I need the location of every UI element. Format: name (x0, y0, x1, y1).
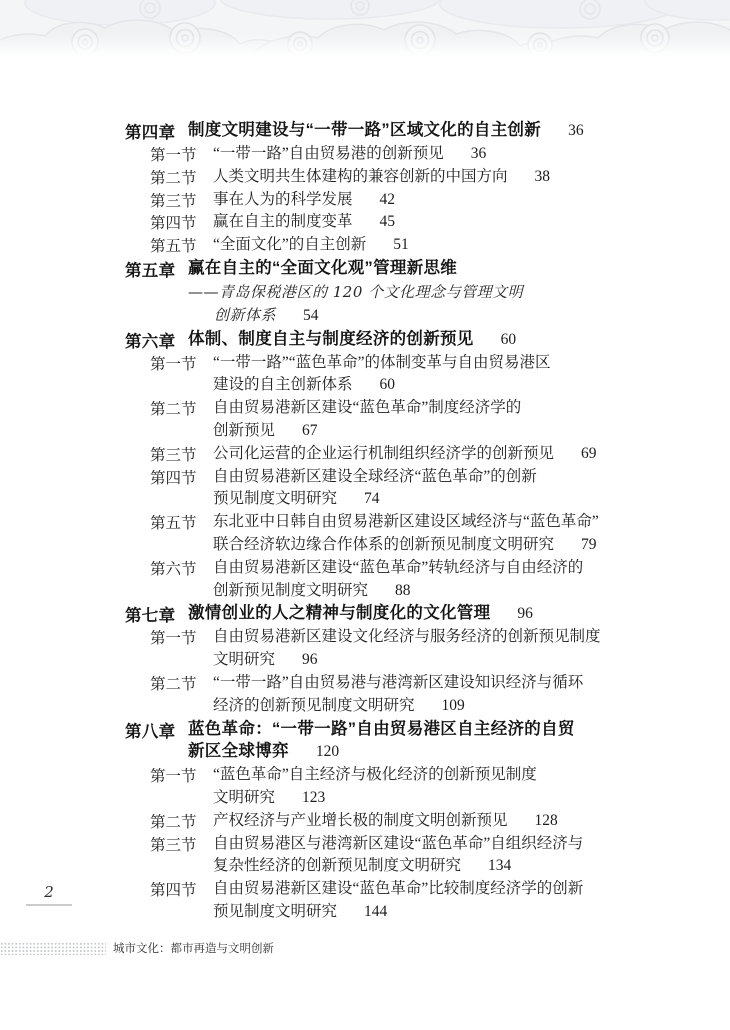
toc-entry-line: 人类文明共生体建构的兼容创新的中国方向38 (213, 166, 550, 189)
toc-entry-line: 自由贸易港新区建设“蓝色革命”转轨经济与自由经济的 (213, 557, 583, 580)
toc-entry-label: 第五节 (150, 234, 213, 256)
toc-entry-label: 第七章 (125, 602, 188, 626)
toc-subtitle-row: ——青岛保税港区的 120 个文化理念与管理文明创新体系54 (0, 281, 730, 328)
toc-entry-page-number: 123 (302, 789, 325, 806)
toc-entry-label: 第四节 (150, 466, 213, 488)
toc-entry-page-number: 36 (568, 122, 584, 139)
toc-entry-line: 制度文明建设与“一带一路”区域文化的自主创新36 (188, 119, 584, 143)
toc-entry-line: 自由贸易港新区建设全球经济“蓝色革命”的创新 (213, 466, 537, 489)
toc-entry-page-number: 67 (302, 422, 318, 439)
toc-entry-label: 第二节 (150, 397, 213, 419)
toc-entry-label: 第四节 (150, 211, 213, 233)
toc-entry-line: 复杂性经济的创新预见制度文明研究134 (213, 855, 583, 878)
toc-entry-title: 激情创业的人之精神与制度化的文化管理96 (188, 602, 533, 626)
toc-entry-title: 赢在自主的制度变革45 (213, 211, 395, 234)
toc-entry-page-number: 96 (517, 605, 533, 622)
toc-section-row: 第五节东北亚中日韩自由贸易港新区建设区域经济与“蓝色革命”联合经济软边缘合作体系… (0, 511, 730, 557)
toc-entry-label: 第二节 (150, 810, 213, 832)
toc-section-row: 第一节“一带一路”自由贸易港的创新预见36 (0, 143, 730, 166)
toc-entry-title: “一带一路”自由贸易港与港湾新区建设知识经济与循环经济的创新预见制度文明研究10… (213, 672, 583, 718)
toc-section-row: 第四节自由贸易港新区建设全球经济“蓝色革命”的创新预见制度文明研究74 (0, 466, 730, 512)
toc-section-row: 第三节自由贸易港区与港湾新区建设“蓝色革命”自组织经济与复杂性经济的创新预见制度… (0, 833, 730, 879)
toc-entry-label: 第二节 (150, 166, 213, 188)
toc-entry-line: 创新体系54 (188, 304, 523, 328)
toc-section-row: 第六节自由贸易港新区建设“蓝色革命”转轨经济与自由经济的创新预见制度文明研究88 (0, 557, 730, 603)
cloud-fade-overlay (0, 34, 730, 58)
toc-entry-line: 赢在自主的制度变革45 (213, 211, 395, 234)
toc-chapter-row: 第八章蓝色革命：“一带一路”自由贸易港区自主经济的自贸新区全球博弈120 (0, 718, 730, 765)
toc-entry-line: 自由贸易港新区建设文化经济与服务经济的创新预见制度 (213, 626, 601, 649)
toc-entry-line: 预见制度文明研究74 (213, 488, 537, 511)
toc-entry-line: 创新预见制度文明研究88 (213, 580, 583, 603)
toc-entry-title: 自由贸易港区与港湾新区建设“蓝色革命”自组织经济与复杂性经济的创新预见制度文明研… (213, 833, 583, 879)
toc-entry-title: 公司化运营的企业运行机制组织经济学的创新预见69 (213, 443, 597, 466)
folio-number-text: 2 (44, 883, 54, 901)
toc-entry-title: 自由贸易港新区建设“蓝色革命”比较制度经济学的创新预见制度文明研究144 (213, 878, 583, 924)
toc-entry-line: 激情创业的人之精神与制度化的文化管理96 (188, 602, 533, 626)
toc-section-row: 第一节“一带一路”“蓝色革命”的体制变革与自由贸易港区建设的自主创新体系60 (0, 352, 730, 398)
toc-section-row: 第二节产权经济与产业增长极的制度文明创新预见128 (0, 810, 730, 833)
toc-chapter-row: 第五章赢在自主的“全面文化观”管理新思维 (0, 257, 730, 281)
toc-section-row: 第二节“一带一路”自由贸易港与港湾新区建设知识经济与循环经济的创新预见制度文明研… (0, 672, 730, 718)
toc-entry-page-number: 54 (303, 307, 319, 324)
toc-entry-title: 赢在自主的“全面文化观”管理新思维 (188, 257, 457, 280)
toc-entry-page-number: 38 (535, 168, 551, 185)
toc-entry-label: 第四节 (150, 878, 213, 900)
footer-halftone-bar (0, 942, 106, 955)
toc-entry-line: “蓝色革命”自主经济与极化经济的创新预见制度 (213, 764, 537, 787)
toc-entry-line: “全面文化”的自主创新51 (213, 234, 409, 257)
toc-entry-line: 事在人为的科学发展42 (213, 189, 395, 212)
page-footer: 城市文化：都市再造与文明创新 (0, 940, 730, 956)
toc-entry-line: 建设的自主创新体系60 (213, 374, 551, 397)
toc-entry-line: 体制、制度自主与制度经济的创新预见60 (188, 328, 516, 352)
toc-entry-page-number: 109 (442, 697, 465, 714)
toc-entry-title: 东北亚中日韩自由贸易港新区建设区域经济与“蓝色革命”联合经济软边缘合作体系的创新… (213, 511, 599, 557)
toc-entry-line: 经济的创新预见制度文明研究109 (213, 695, 583, 718)
toc-entry-page-number: 96 (302, 651, 318, 668)
toc-entry-title: 蓝色革命：“一带一路”自由贸易港区自主经济的自贸新区全球博弈120 (188, 718, 575, 765)
toc-entry-line: “一带一路”“蓝色革命”的体制变革与自由贸易港区 (213, 352, 551, 375)
toc-entry-label: 第一节 (150, 143, 213, 165)
toc-entry-line: 文明研究123 (213, 787, 537, 810)
toc-entry-title: 自由贸易港新区建设文化经济与服务经济的创新预见制度文明研究96 (213, 626, 601, 672)
toc-entry-title: “蓝色革命”自主经济与极化经济的创新预见制度文明研究123 (213, 764, 537, 810)
toc-entry-label: 第五章 (125, 257, 188, 281)
toc-entry-line: 自由贸易港新区建设“蓝色革命”比较制度经济学的创新 (213, 878, 583, 901)
toc-entry-line: “一带一路”自由贸易港的创新预见36 (213, 143, 486, 166)
toc-entry-line: 蓝色革命：“一带一路”自由贸易港区自主经济的自贸 (188, 718, 575, 741)
toc-entry-label: 第三节 (150, 189, 213, 211)
toc-entry-title: 产权经济与产业增长极的制度文明创新预见128 (213, 810, 558, 833)
toc-entry-line: ——青岛保税港区的 120 个文化理念与管理文明 (188, 281, 523, 304)
toc-entry-label: 第一节 (150, 626, 213, 648)
toc-entry-label: 第二节 (150, 672, 213, 694)
toc-entry-title: “全面文化”的自主创新51 (213, 234, 409, 257)
toc-section-row: 第一节“蓝色革命”自主经济与极化经济的创新预见制度文明研究123 (0, 764, 730, 810)
toc-entry-title: ——青岛保税港区的 120 个文化理念与管理文明创新体系54 (188, 281, 523, 328)
toc-entry-page-number: 69 (581, 445, 597, 462)
toc-entry-line: 产权经济与产业增长极的制度文明创新预见128 (213, 810, 558, 833)
toc-entry-line: 东北亚中日韩自由贸易港新区建设区域经济与“蓝色革命” (213, 511, 599, 534)
toc-entry-page-number: 74 (364, 490, 380, 507)
toc-entry-page-number: 144 (364, 903, 387, 920)
toc-entry-line: 新区全球博弈120 (188, 740, 575, 764)
toc-section-row: 第二节人类文明共生体建构的兼容创新的中国方向38 (0, 166, 730, 189)
toc-entry-title: 制度文明建设与“一带一路”区域文化的自主创新36 (188, 119, 584, 143)
toc-entry-label: 第三节 (150, 833, 213, 855)
toc-entry-line: 创新预见67 (213, 420, 521, 443)
toc-section-row: 第三节公司化运营的企业运行机制组织经济学的创新预见69 (0, 443, 730, 466)
toc-entry-label: 第五节 (150, 511, 213, 533)
toc-entry-title: 人类文明共生体建构的兼容创新的中国方向38 (213, 166, 550, 189)
toc-chapter-row: 第六章体制、制度自主与制度经济的创新预见60 (0, 328, 730, 352)
toc-entry-page-number: 134 (488, 857, 511, 874)
toc-entry-line: “一带一路”自由贸易港与港湾新区建设知识经济与循环 (213, 672, 583, 695)
toc-entry-line: 文明研究96 (213, 649, 601, 672)
toc-entry-line: 联合经济软边缘合作体系的创新预见制度文明研究79 (213, 534, 599, 557)
toc-section-row: 第三节事在人为的科学发展42 (0, 189, 730, 212)
folio-page-number: 2 (26, 883, 72, 906)
toc-entry-label: 第三节 (150, 443, 213, 465)
toc-entry-label: 第八章 (125, 718, 188, 742)
toc-section-row: 第四节自由贸易港新区建设“蓝色革命”比较制度经济学的创新预见制度文明研究144 (0, 878, 730, 924)
toc-entry-title: 自由贸易港新区建设“蓝色革命”转轨经济与自由经济的创新预见制度文明研究88 (213, 557, 583, 603)
toc-entry-page-number: 88 (395, 582, 411, 599)
toc-entry-title: “一带一路”自由贸易港的创新预见36 (213, 143, 486, 166)
toc-entry-page-number: 79 (581, 536, 597, 553)
toc-entry-title: “一带一路”“蓝色革命”的体制变革与自由贸易港区建设的自主创新体系60 (213, 352, 551, 398)
toc-entry-line: 预见制度文明研究144 (213, 901, 583, 924)
toc-section-row: 第五节“全面文化”的自主创新51 (0, 234, 730, 257)
toc-entry-page-number: 42 (380, 191, 396, 208)
toc-entry-title: 体制、制度自主与制度经济的创新预见60 (188, 328, 516, 352)
toc-chapter-row: 第四章制度文明建设与“一带一路”区域文化的自主创新36 (0, 119, 730, 143)
toc-entry-page-number: 128 (535, 812, 558, 829)
toc-entry-page-number: 120 (316, 743, 339, 760)
toc-entry-line: 赢在自主的“全面文化观”管理新思维 (188, 257, 457, 280)
toc-entry-label: 第一节 (150, 764, 213, 786)
toc-entry-label: 第一节 (150, 352, 213, 374)
toc-entry-title: 自由贸易港新区建设全球经济“蓝色革命”的创新预见制度文明研究74 (213, 466, 537, 512)
cloud-pattern-band (0, 0, 730, 58)
footer-book-title: 城市文化：都市再造与文明创新 (113, 940, 274, 956)
toc-entry-title: 自由贸易港新区建设“蓝色革命”制度经济学的创新预见67 (213, 397, 521, 443)
toc-entry-title: 事在人为的科学发展42 (213, 189, 395, 212)
toc-entry-line: 公司化运营的企业运行机制组织经济学的创新预见69 (213, 443, 597, 466)
toc-section-row: 第一节自由贸易港新区建设文化经济与服务经济的创新预见制度文明研究96 (0, 626, 730, 672)
table-of-contents: 第四章制度文明建设与“一带一路”区域文化的自主创新36第一节“一带一路”自由贸易… (0, 119, 730, 924)
toc-entry-page-number: 60 (501, 331, 517, 348)
toc-entry-label: 第六章 (125, 328, 188, 352)
toc-entry-page-number: 60 (380, 376, 396, 393)
toc-entry-page-number: 45 (380, 213, 396, 230)
toc-entry-line: 自由贸易港新区建设“蓝色革命”制度经济学的 (213, 397, 521, 420)
toc-section-row: 第四节赢在自主的制度变革45 (0, 211, 730, 234)
toc-section-row: 第二节自由贸易港新区建设“蓝色革命”制度经济学的创新预见67 (0, 397, 730, 443)
toc-entry-label: 第四章 (125, 119, 188, 143)
toc-entry-line: 自由贸易港区与港湾新区建设“蓝色革命”自组织经济与 (213, 833, 583, 856)
toc-entry-page-number: 51 (393, 236, 409, 253)
toc-entry-label: 第六节 (150, 557, 213, 579)
book-toc-page: 第四章制度文明建设与“一带一路”区域文化的自主创新36第一节“一带一路”自由贸易… (0, 0, 730, 1030)
toc-entry-page-number: 36 (471, 145, 487, 162)
toc-chapter-row: 第七章激情创业的人之精神与制度化的文化管理96 (0, 602, 730, 626)
